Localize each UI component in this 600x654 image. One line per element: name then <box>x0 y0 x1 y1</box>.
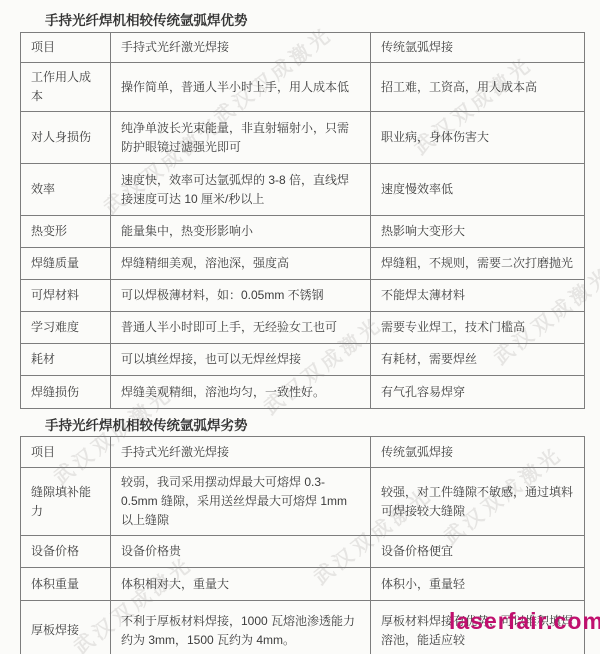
cell-laser: 较弱，我司采用摆动焊最大可熔焊 0.3-0.5mm 缝隙，采用送丝焊最大可熔焊 … <box>111 468 371 536</box>
cell-argon: 设备价格便宜 <box>371 536 585 568</box>
cell-item: 学习难度 <box>21 312 111 344</box>
table-row: 热变形 能量集中，热变形影响小 热影响大变形大 <box>21 216 585 248</box>
cell-argon: 不能焊太薄材料 <box>371 280 585 312</box>
cell-laser: 速度快，效率可达氩弧焊的 3-8 倍，直线焊接速度可达 10 厘米/秒以上 <box>111 164 371 216</box>
table-row: 可焊材料 可以焊极薄材料，如：0.05mm 不锈钢 不能焊太薄材料 <box>21 280 585 312</box>
cell-laser: 可以焊极薄材料，如：0.05mm 不锈钢 <box>111 280 371 312</box>
cell-laser: 操作简单，普通人半小时上手，用人成本低 <box>111 63 371 112</box>
cell-laser: 普通人半小时即可上手，无经验女工也可 <box>111 312 371 344</box>
advantages-table: 项目 手持式光纤激光焊接 传统氩弧焊接 工作用人成本 操作简单，普通人半小时上手… <box>20 32 585 409</box>
cell-item: 耗材 <box>21 344 111 376</box>
table-row: 工作用人成本 操作简单，普通人半小时上手，用人成本低 招工难，工资高，用人成本高 <box>21 63 585 112</box>
cell-argon: 有耗材，需要焊丝 <box>371 344 585 376</box>
cell-argon: 较强，对工件缝隙不敏感，通过填料可焊接较大缝隙 <box>371 468 585 536</box>
cell-argon: 需要专业焊工，技术门槛高 <box>371 312 585 344</box>
table-row: 设备价格 设备价格贵 设备价格便宜 <box>21 536 585 568</box>
cell-item: 效率 <box>21 164 111 216</box>
table-row: 焊缝损伤 焊缝美观精细，溶池均匀，一致性好。 有气孔容易焊穿 <box>21 376 585 409</box>
table-header-row: 项目 手持式光纤激光焊接 传统氩弧焊接 <box>21 437 585 468</box>
cell-laser: 体积相对大，重量大 <box>111 568 371 601</box>
header-argon-welding: 传统氩弧焊接 <box>371 33 585 63</box>
advantages-table-title: 手持光纤焊机相较传统氩弧焊优势 <box>45 9 248 29</box>
cell-laser: 焊缝美观精细，溶池均匀，一致性好。 <box>111 376 371 409</box>
cell-argon: 体积小，重量轻 <box>371 568 585 601</box>
table-row: 焊缝质量 焊缝精细美观，溶池深，强度高 焊缝粗，不规则，需要二次打磨抛光 <box>21 248 585 280</box>
cell-item: 厚板焊接 <box>21 601 111 654</box>
table-row: 学习难度 普通人半小时即可上手，无经验女工也可 需要专业焊工，技术门槛高 <box>21 312 585 344</box>
header-laser-welding: 手持式光纤激光焊接 <box>111 33 371 63</box>
cell-item: 可焊材料 <box>21 280 111 312</box>
table-row: 体积重量 体积相对大，重量大 体积小，重量轻 <box>21 568 585 601</box>
cell-item: 对人身损伤 <box>21 112 111 164</box>
table-row: 对人身损伤 纯净单波长光束能量，非直射辐射小，只需防护眼镜过滤强光即可 职业病，… <box>21 112 585 164</box>
cell-item: 工作用人成本 <box>21 63 111 112</box>
cell-argon: 热影响大变形大 <box>371 216 585 248</box>
cell-item: 热变形 <box>21 216 111 248</box>
document-body: 手持光纤焊机相较传统氩弧焊优势 项目 手持式光纤激光焊接 传统氩弧焊接 工作用人… <box>0 0 600 654</box>
table-row: 效率 速度快，效率可达氩弧焊的 3-8 倍，直线焊接速度可达 10 厘米/秒以上… <box>21 164 585 216</box>
header-item: 项目 <box>21 437 111 468</box>
table-header-row: 项目 手持式光纤激光焊接 传统氩弧焊接 <box>21 33 585 63</box>
table-row: 缝隙填补能力 较弱，我司采用摆动焊最大可熔焊 0.3-0.5mm 缝隙，采用送丝… <box>21 468 585 536</box>
cell-item: 体积重量 <box>21 568 111 601</box>
cell-argon: 速度慢效率低 <box>371 164 585 216</box>
cell-laser: 焊缝精细美观，溶池深，强度高 <box>111 248 371 280</box>
cell-item: 焊缝损伤 <box>21 376 111 409</box>
cell-argon: 招工难，工资高，用人成本高 <box>371 63 585 112</box>
table-row: 耗材 可以填丝焊接，也可以无焊丝焊接 有耗材，需要焊丝 <box>21 344 585 376</box>
header-item: 项目 <box>21 33 111 63</box>
laserfair-watermark: laserfair.com <box>449 608 600 635</box>
cell-item: 焊缝质量 <box>21 248 111 280</box>
cell-laser: 可以填丝焊接，也可以无焊丝焊接 <box>111 344 371 376</box>
header-argon-welding: 传统氩弧焊接 <box>371 437 585 468</box>
cell-item: 设备价格 <box>21 536 111 568</box>
disadvantages-table-title: 手持光纤焊机相较传统氩弧焊劣势 <box>45 414 248 434</box>
cell-laser: 设备价格贵 <box>111 536 371 568</box>
cell-item: 缝隙填补能力 <box>21 468 111 536</box>
cell-laser: 纯净单波长光束能量，非直射辐射小，只需防护眼镜过滤强光即可 <box>111 112 371 164</box>
cell-laser: 不利于厚板材料焊接，1000 瓦熔池渗透能力约为 3mm，1500 瓦约为 4m… <box>111 601 371 654</box>
cell-argon: 职业病，身体伤害大 <box>371 112 585 164</box>
cell-laser: 能量集中，热变形影响小 <box>111 216 371 248</box>
cell-argon: 焊缝粗，不规则，需要二次打磨抛光 <box>371 248 585 280</box>
header-laser-welding: 手持式光纤激光焊接 <box>111 437 371 468</box>
cell-argon: 有气孔容易焊穿 <box>371 376 585 409</box>
